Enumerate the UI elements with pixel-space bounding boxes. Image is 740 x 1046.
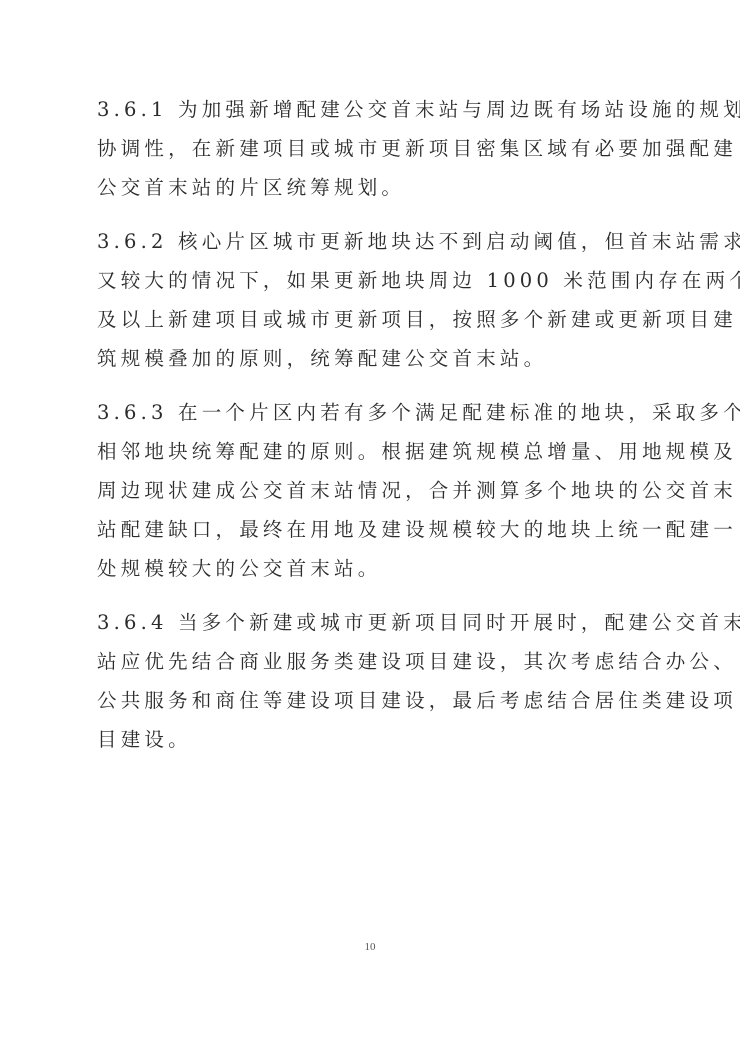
page-number: 10 [0,941,740,953]
text-line: 周边现状建成公交首末站情况，合并测算多个地块的公交首末 [97,478,637,517]
text-line: 筑规模叠加的原则，统筹配建公交首末站。 [97,346,637,385]
text-line: 3.6.4 当多个新建或城市更新项目同时开展时，配建公交首末 [97,610,637,649]
text-line: 公交首末站的片区统筹规划。 [97,175,637,214]
document-page: 3.6.1 为加强新增配建公交首末站与周边既有场站设施的规划 协调性，在新建项目… [0,0,740,1046]
text-line: 又较大的情况下，如果更新地块周边 1000 米范围内存在两个 [97,268,637,307]
text-line: 3.6.2 核心片区城市更新地块达不到启动阈值，但首末站需求 [97,229,637,268]
text-line: 相邻地块统筹配建的原则。根据建筑规模总增量、用地规模及 [97,439,637,478]
text-line: 站应优先结合商业服务类建设项目建设，其次考虑结合办公、 [97,649,637,688]
clause-3-6-1: 3.6.1 为加强新增配建公交首末站与周边既有场站设施的规划 协调性，在新建项目… [97,97,637,214]
text-line: 3.6.1 为加强新增配建公交首末站与周边既有场站设施的规划 [97,97,637,136]
text-line: 处规模较大的公交首末站。 [97,556,637,595]
text-line: 公共服务和商住等建设项目建设，最后考虑结合居住类建设项 [97,688,637,727]
text-line: 协调性，在新建项目或城市更新项目密集区域有必要加强配建 [97,136,637,175]
clause-3-6-3: 3.6.3 在一个片区内若有多个满足配建标准的地块，采取多个 相邻地块统筹配建的… [97,400,637,595]
text-line: 站配建缺口，最终在用地及建设规模较大的地块上统一配建一 [97,517,637,556]
text-line: 3.6.3 在一个片区内若有多个满足配建标准的地块，采取多个 [97,400,637,439]
clause-3-6-4: 3.6.4 当多个新建或城市更新项目同时开展时，配建公交首末 站应优先结合商业服… [97,610,637,766]
text-line: 及以上新建项目或城市更新项目，按照多个新建或更新项目建 [97,307,637,346]
document-body: 3.6.1 为加强新增配建公交首末站与周边既有场站设施的规划 协调性，在新建项目… [97,97,637,781]
text-line: 目建设。 [97,727,637,766]
clause-3-6-2: 3.6.2 核心片区城市更新地块达不到启动阈值，但首末站需求 又较大的情况下，如… [97,229,637,385]
